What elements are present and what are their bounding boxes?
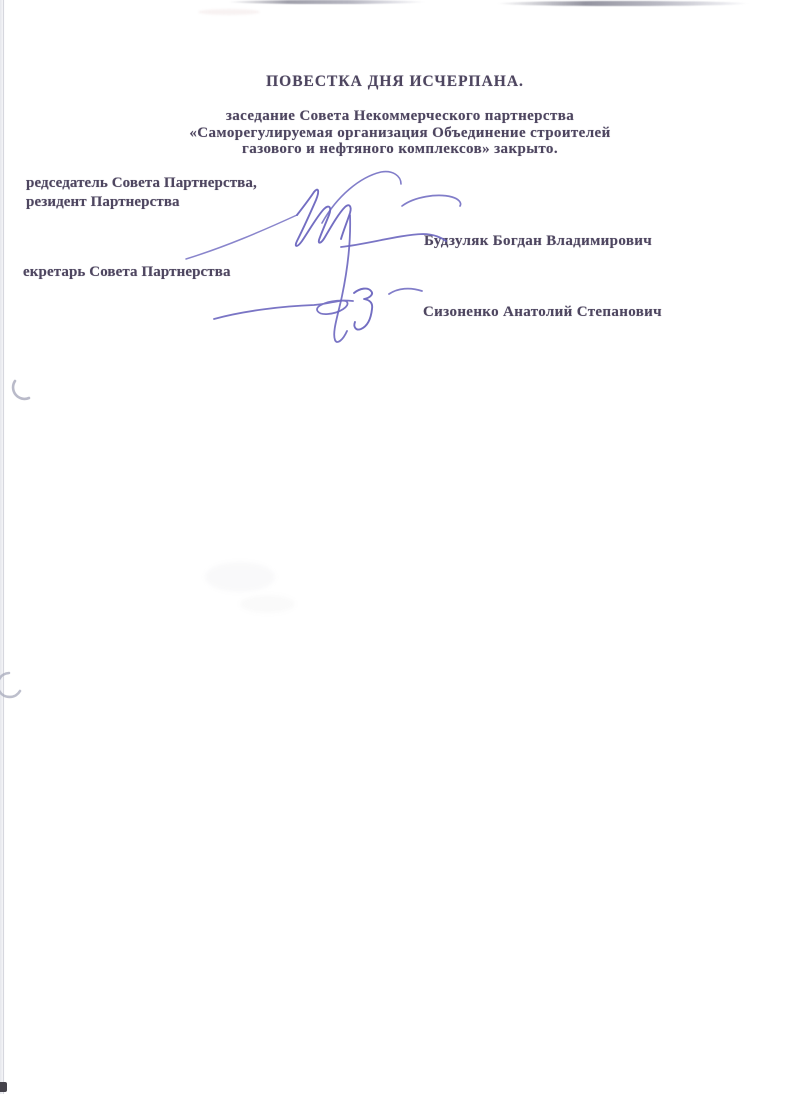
scan-left-edge-line (3, 0, 4, 1094)
scan-smudge (240, 595, 295, 613)
hole-punch-mark-bottom (0, 673, 20, 697)
signature-secretary (214, 289, 422, 330)
ink-overlay (0, 0, 795, 1094)
hole-punch-marks (0, 381, 29, 697)
scan-corner-mark (0, 1082, 7, 1092)
chairman-role-label: редседатель Совета Партнерства, резидент… (26, 174, 257, 211)
closing-line-3: газового и нефтяного комплексов» закрыто… (0, 141, 795, 158)
page-title: ПОВЕСТКА ДНЯ ИСЧЕРПАНА. (0, 73, 790, 91)
hole-punch-mark-top (13, 381, 29, 399)
closing-statement: заседание Совета Некоммерческого партнер… (0, 108, 795, 158)
scan-smudge (198, 9, 260, 15)
scanned-document-page: ПОВЕСТКА ДНЯ ИСЧЕРПАНА. заседание Совета… (0, 0, 795, 1094)
closing-line-1: заседание Совета Некоммерческого партнер… (0, 108, 795, 125)
scan-top-streak (497, 1, 749, 6)
secretary-role-label: екретарь Совета Партнерства (23, 264, 231, 281)
chairman-role-line-1: редседатель Совета Партнерства, (26, 174, 257, 193)
scan-smudge (205, 562, 275, 592)
secretary-name: Сизоненко Анатолий Степанович (423, 304, 662, 321)
chairman-role-line-2: резидент Партнерства (26, 193, 257, 212)
scan-top-streak (228, 0, 426, 4)
scan-left-edge-shade (0, 0, 5, 1094)
chairman-name: Будзуляк Богдан Владимирович (424, 233, 652, 250)
closing-line-2: «Саморегулируемая организация Объединени… (0, 125, 795, 142)
